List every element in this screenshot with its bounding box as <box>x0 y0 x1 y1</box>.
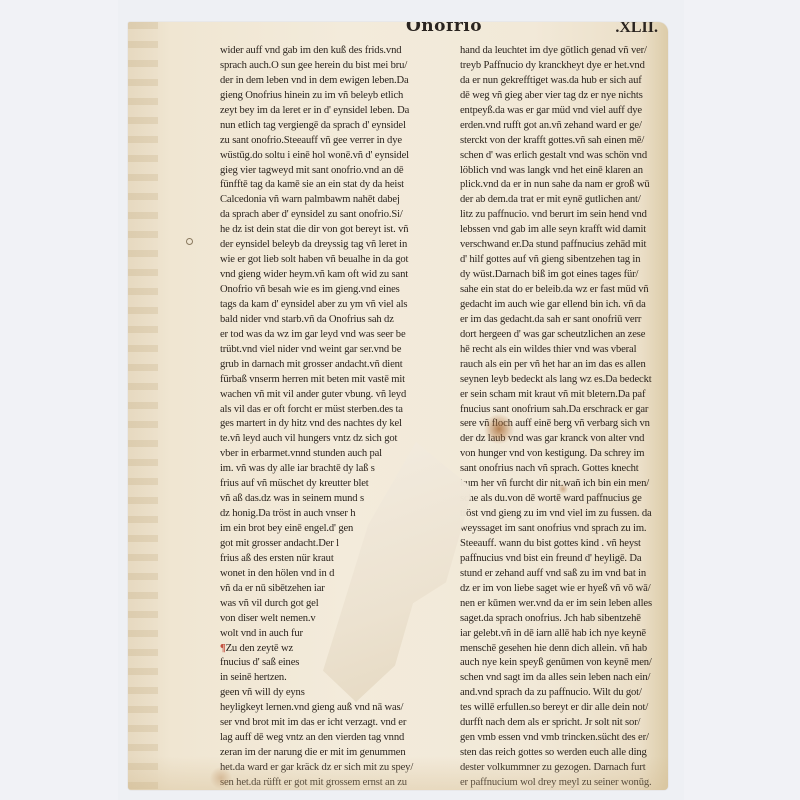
text-line: het.da ward er gar kräck dz er sich mit … <box>220 761 434 776</box>
text-line: sahe ein stat do er beleib.da wz er fast… <box>460 283 666 298</box>
text-line: dz er im von liebe saget wie er hyeß vñ … <box>460 582 666 597</box>
text-line: fünfftē tag da kamē sie an ein stat dy d… <box>220 178 434 193</box>
text-line: durfft nach dem als er spricht. Jr solt … <box>460 716 666 731</box>
text-line: von hunger vnd von kestigung. Da schrey … <box>460 447 666 462</box>
text-line: gieg vier tagweyd mit sant onofrio.vnd a… <box>220 164 434 179</box>
text-line: der eynsidel beleyb da dreyssig tag vñ l… <box>220 238 434 253</box>
text-line: fürbaß vnserm herren mit beten mit vastē… <box>220 373 434 388</box>
text-line: vnd gieng wider heym.vñ kam oft wid zu s… <box>220 268 434 283</box>
text-line: lag auff dē weg vntz an den vierden tag … <box>220 731 434 746</box>
text-line: bald nider vnd starb.vñ da Onofrius sah … <box>220 313 434 328</box>
text-line: iar gelebt.vñ in dē iarn allē hab ich ny… <box>460 627 666 642</box>
text-line: gen vmb essen vnd vmb trincken.sücht des… <box>460 731 666 746</box>
folio-number: .XLII. <box>615 22 658 37</box>
text-line: vber in erbarmet.vnnd stunden auch pal <box>220 447 434 462</box>
text-line: treyb Paffnucio dy kranckheyt dye er het… <box>460 59 666 74</box>
foxing-stain <box>484 414 514 444</box>
text-line: Steeauff. wann du bist gottes kind . vñ … <box>460 537 666 552</box>
text-line: rauch als ein per vñ het har an im das e… <box>460 358 666 373</box>
text-line: dē weg vñ gieg aber vier tag dz er nye n… <box>460 89 666 104</box>
manuscript-leaf: Onofrio .XLII. wider auff vnd gab im den… <box>128 22 668 790</box>
foxing-stain <box>210 767 232 789</box>
text-line: da er nun gekrefftiget was.da hub er sic… <box>460 74 666 89</box>
text-line: ser vnd brot mit im das er icht verzagt.… <box>220 716 434 731</box>
text-line: wie er got lieb solt haben vñ beualhe in… <box>220 253 434 268</box>
text-line: der ab dem.da trat er mit eynē gutlichen… <box>460 193 666 208</box>
text-line: saget.da sprach onofrius. Jch hab sibent… <box>460 612 666 627</box>
text-line: sen het.da rüfft er got mit grossem erns… <box>220 776 434 790</box>
text-line: hē recht als ein wildes thier vnd was vb… <box>460 343 666 358</box>
text-line: stund er zehand auff vnd saß zu im vnd b… <box>460 567 666 582</box>
text-line: erden.vnd rufft got an.vñ zehand ward er… <box>460 119 666 134</box>
text-line: trübt.vnd viel nider vnd weint gar ser.v… <box>220 343 434 358</box>
text-line: menschē gesehen hie denn dich allein. vñ… <box>460 642 666 657</box>
text-line: sant onofrius nach vñ sprach. Gottes kne… <box>460 462 666 477</box>
text-line: lebssen vnd gab im alle seyn krafft wid … <box>460 223 666 238</box>
text-line: and.vnd sprach da zu paffnucio. Wilt du … <box>460 686 666 701</box>
text-line: seynen leyb bedeckt als lang wz es.Da be… <box>460 373 666 388</box>
text-line: da sprach aber d' eynsidel zu sant onofr… <box>220 208 434 223</box>
text-line: hand da leuchtet im dye götlich genad vñ… <box>460 44 666 59</box>
text-line: wider auff vnd gab im den kuß des frids.… <box>220 44 434 59</box>
text-line: dort hergeen d' was gar scheutzlichen an… <box>460 328 666 343</box>
text-line: Calcedonia vñ warn palmbawm nahēt dabej <box>220 193 434 208</box>
text-line: heyligkeyt lernen.vnd gieng auß vnd nā w… <box>220 701 434 716</box>
text-line: wüstūg.do soltu i einē hol wonē.vñ d' ey… <box>220 149 434 164</box>
text-line: entpeyß.da was er gar müd vnd viel auff … <box>460 104 666 119</box>
text-line: nen er kūmen wer.vnd da er im sein leben… <box>460 597 666 612</box>
text-line: dy wüst.Darnach biß im got eines tages f… <box>460 268 666 283</box>
text-line: gieng Onofrius hinein zu im vñ beleyb et… <box>220 89 434 104</box>
text-line: sterckt von der krafft gottes.vñ sah ein… <box>460 134 666 149</box>
text-line: tröst vnd gieng zu im vnd viel im zu fus… <box>460 507 666 522</box>
left-text-column: wider auff vnd gab im den kuß des frids.… <box>220 44 434 790</box>
text-line: nun etlich tag vergiengē da sprach d' ey… <box>220 119 434 134</box>
text-line: verschwand er.Da stund paffnucius zehād … <box>460 238 666 253</box>
text-line: ¶Zu den zeytē wz <box>220 642 434 657</box>
text-line: zu sant onofrio.Steeauff vñ gee verrer i… <box>220 134 434 149</box>
text-line: tags da kam d' eynsidel aber zu ym vñ vi… <box>220 298 434 313</box>
text-line: grub in darnach mit grosser andacht.vñ d… <box>220 358 434 373</box>
text-line: he dz ist dein stat die dir von got bere… <box>220 223 434 238</box>
text-line: wachen vñ mit vil ander guter vbung. vñ … <box>220 388 434 403</box>
text-line: gedacht im auch wie gar ellend bin ich. … <box>460 298 666 313</box>
text-line: plick.vnd da er in nun sahe da nam er gr… <box>460 178 666 193</box>
text-line: schen vnd sagt im da alles sein leben na… <box>460 671 666 686</box>
text-line: Onofrio vñ besah wie es im gieng.vnd ein… <box>220 283 434 298</box>
text-line: dester volkummner zu gezogen. Darnach fu… <box>460 761 666 776</box>
text-line: weyssaget im sant onofrius vnd sprach zu… <box>460 522 666 537</box>
text-line: er paffnucium wol drey meyl zu seiner wo… <box>460 776 666 790</box>
text-line: der in dem leben vnd in dem ewigen leben… <box>220 74 434 89</box>
text-line: zeran im der narung die er mit im genumm… <box>220 746 434 761</box>
text-line: er im das gedacht.da sah er sant onofriū… <box>460 313 666 328</box>
text-line: sche als du.von dē wortē ward paffnucius… <box>460 492 666 507</box>
text-line: tes willē erfullen.so bereyt er dir alle… <box>460 701 666 716</box>
text-line: zeyt bey im da leret er in d' eynsidel l… <box>220 104 434 119</box>
text-line: geen vñ will dy eyns <box>220 686 434 701</box>
text-line: auch nye kein speyß genūmen von keynē me… <box>460 656 666 671</box>
foxing-stain <box>558 484 568 494</box>
text-line: sten das reich gottes so werden euch all… <box>460 746 666 761</box>
text-line: er tod was da wz im gar leyd vnd was see… <box>220 328 434 343</box>
text-line: litz zu paffnucio. vnd berurt im sein he… <box>460 208 666 223</box>
text-line: löblich vnd was langk vnd het einē klare… <box>460 164 666 179</box>
text-line: d' hilf gottes auf vñ gieng sibentzehen … <box>460 253 666 268</box>
binding-hole <box>186 238 193 245</box>
text-line: schen d' was erlich gestalt vnd was schö… <box>460 149 666 164</box>
text-line: ges martert in dy hitz vnd des nachtes d… <box>220 417 434 432</box>
text-line: te.vñ leyd auch vil hungers vntz dz sich… <box>220 432 434 447</box>
running-head: Onofrio <box>406 22 482 36</box>
text-line: als vil das er oft forcht er müst sterbe… <box>220 403 434 418</box>
text-line: sprach auch.O sun gee herein du bist mei… <box>220 59 434 74</box>
text-line: paffnucius vnd bist ein freund d' heylig… <box>460 552 666 567</box>
text-line: er sein scham mit kraut vñ mit bletern.D… <box>460 388 666 403</box>
rubricated-initial: ¶ <box>220 643 226 654</box>
